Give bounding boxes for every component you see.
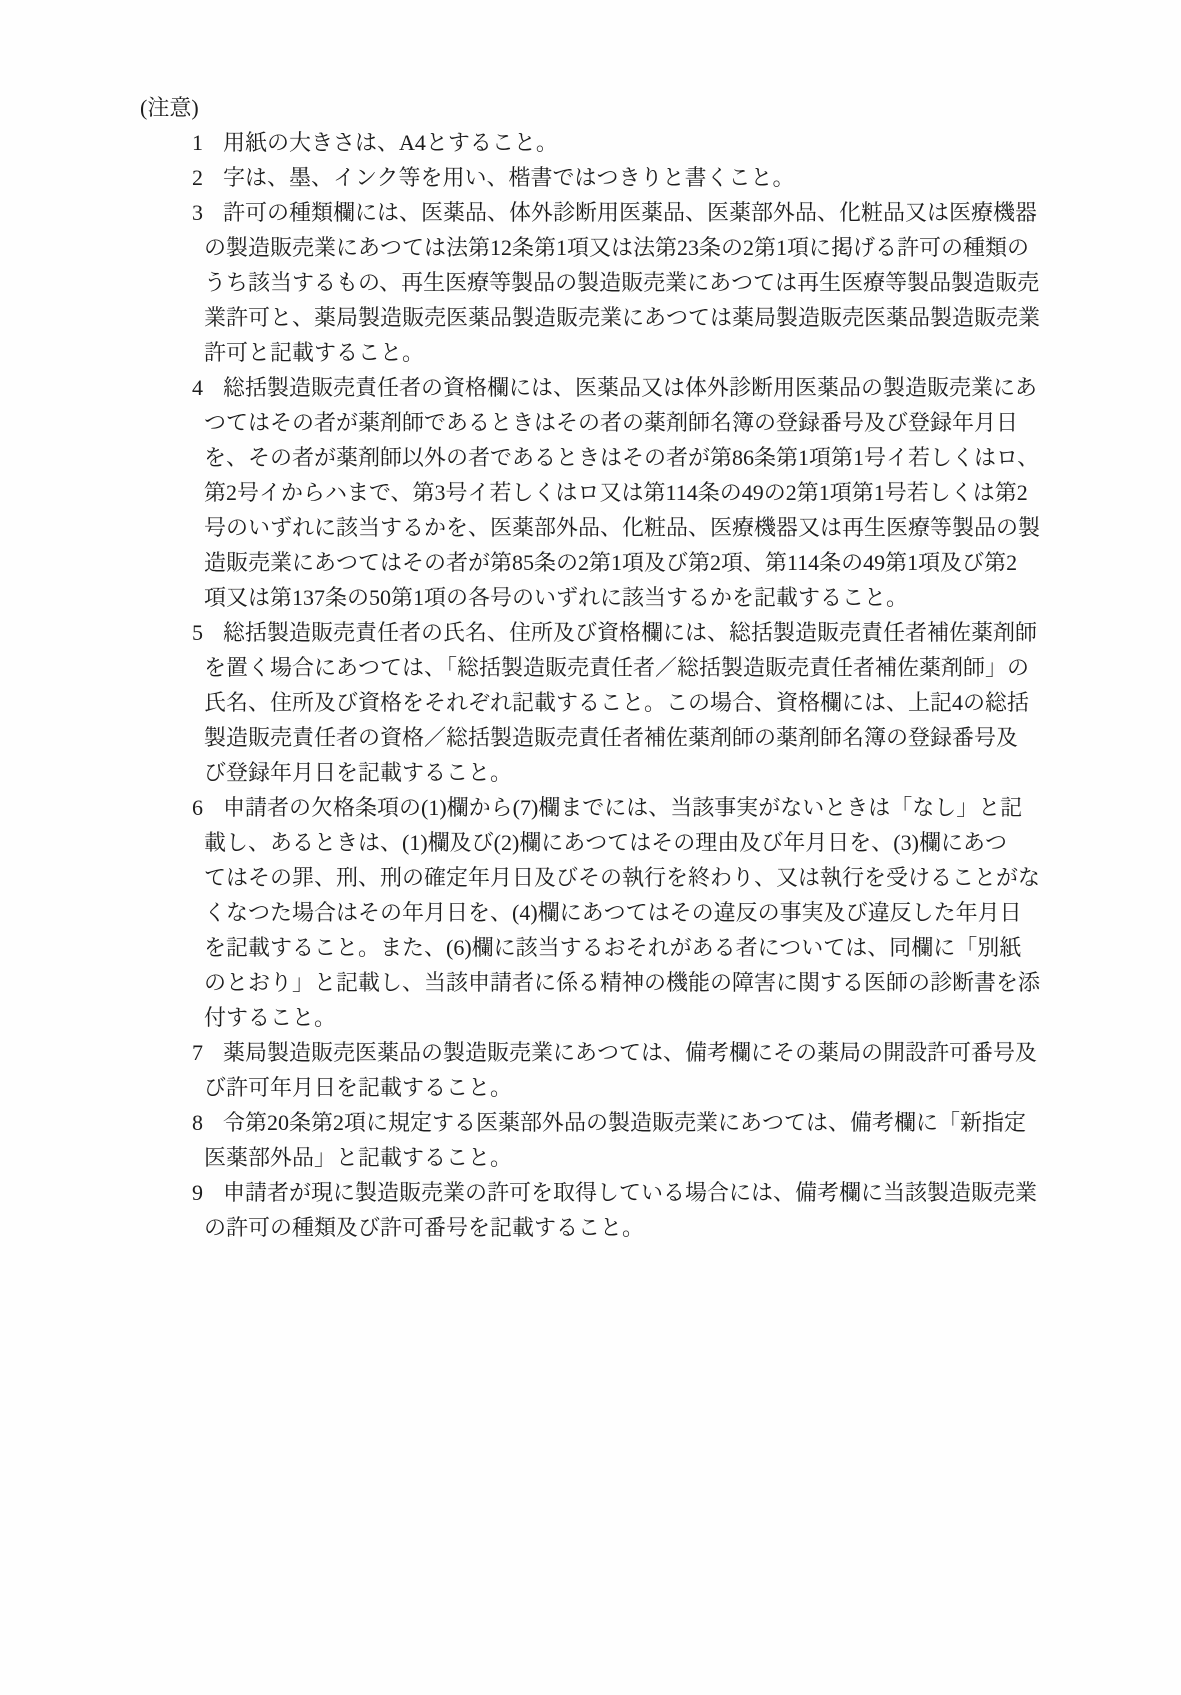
note-item-first-line: 7薬局製造販売医薬品の製造販売業にあつては、備考欄にその薬局の開設許可番号及 [0,1035,1181,1070]
note-item-continuation-line: のとおり」と記載し、当該申請者に係る精神の機能の障害に関する医師の診断書を添 [0,965,1181,1000]
note-item-continuation-line: の製造販売業にあつては法第12条第1項又は法第23条の2第1項に掲げる許可の種類… [0,230,1181,265]
note-item-number: 7 [192,1035,223,1070]
note-item-continuation-line: うち該当するもの、再生医療等製品の製造販売業にあつては再生医療等製品製造販売 [0,265,1181,300]
note-item-continuation-line: つてはその者が薬剤師であるときはその者の薬剤師名簿の登録番号及び登録年月日 [0,405,1181,440]
note-item-text: 字は、墨、インク等を用い、楷書ではつきりと書くこと。 [223,165,795,190]
note-item-continuation-line: を、その者が薬剤師以外の者であるときはその者が第86条第1項第1号イ若しくはロ、 [0,440,1181,475]
notes-heading: (注意) [0,90,1181,125]
note-item-number: 6 [192,790,223,825]
note-item-continuation-line: び登録年月日を記載すること。 [0,755,1181,790]
note-item-first-line: 6申請者の欠格条項の(1)欄から(7)欄までには、当該事実がないときは「なし」と… [0,790,1181,825]
note-item-first-line: 1用紙の大きさは、A4とすること。 [0,125,1181,160]
note-item-text: 令第20条第2項に規定する医薬部外品の製造販売業にあつては、備考欄に「新指定 [223,1110,1026,1135]
note-item-text: 申請者の欠格条項の(1)欄から(7)欄までには、当該事実がないときは「なし」と記 [223,795,1022,820]
note-item-first-line: 8令第20条第2項に規定する医薬部外品の製造販売業にあつては、備考欄に「新指定 [0,1105,1181,1140]
note-item-continuation-line: 第2号イからハまで、第3号イ若しくはロ又は第114条の49の2第1項第1号若しく… [0,475,1181,510]
note-item-number: 3 [192,195,223,230]
note-item-continuation-line: 製造販売責任者の資格／総括製造販売責任者補佐薬剤師の薬剤師名簿の登録番号及 [0,720,1181,755]
note-item-first-line: 9申請者が現に製造販売業の許可を取得している場合には、備考欄に当該製造販売業 [0,1175,1181,1210]
note-item-text: 申請者が現に製造販売業の許可を取得している場合には、備考欄に当該製造販売業 [223,1180,1037,1205]
note-item-number: 5 [192,615,223,650]
note-item-first-line: 4総括製造販売責任者の資格欄には、医薬品又は体外診断用医薬品の製造販売業にあ [0,370,1181,405]
note-item-text: 薬局製造販売医薬品の製造販売業にあつては、備考欄にその薬局の開設許可番号及 [223,1040,1037,1065]
note-item-continuation-line: 項又は第137条の50第1項の各号のいずれに該当するかを記載すること。 [0,580,1181,615]
note-item-text: 許可の種類欄には、医薬品、体外診断用医薬品、医薬部外品、化粧品又は医療機器 [223,200,1037,225]
notes-list: 1用紙の大きさは、A4とすること。2字は、墨、インク等を用い、楷書ではつきりと書… [0,125,1181,1245]
note-item-first-line: 3許可の種類欄には、医薬品、体外診断用医薬品、医薬部外品、化粧品又は医療機器 [0,195,1181,230]
note-item-first-line: 2字は、墨、インク等を用い、楷書ではつきりと書くこと。 [0,160,1181,195]
note-item-continuation-line: を記載すること。また、(6)欄に該当するおそれがある者については、同欄に「別紙 [0,930,1181,965]
note-item-number: 2 [192,160,223,195]
note-item-text: 総括製造販売責任者の氏名、住所及び資格欄には、総括製造販売責任者補佐薬剤師 [223,620,1037,645]
note-item-text: 総括製造販売責任者の資格欄には、医薬品又は体外診断用医薬品の製造販売業にあ [223,375,1037,400]
note-item-continuation-line: 業許可と、薬局製造販売医薬品製造販売業にあつては薬局製造販売医薬品製造販売業 [0,300,1181,335]
note-item-number: 1 [192,125,223,160]
note-item-continuation-line: 付すること。 [0,1000,1181,1035]
note-item-number: 9 [192,1175,223,1210]
notes-section: (注意) 1用紙の大きさは、A4とすること。2字は、墨、インク等を用い、楷書では… [0,90,1181,1245]
note-item-continuation-line: 許可と記載すること。 [0,335,1181,370]
document-page: (注意) 1用紙の大きさは、A4とすること。2字は、墨、インク等を用い、楷書では… [0,0,1181,1695]
note-item-continuation-line: てはその罪、刑、刑の確定年月日及びその執行を終わり、又は執行を受けることがな [0,860,1181,895]
note-item-continuation-line: 造販売業にあつてはその者が第85条の2第1項及び第2項、第114条の49第1項及… [0,545,1181,580]
note-item-continuation-line: 氏名、住所及び資格をそれぞれ記載すること。この場合、資格欄には、上記4の総括 [0,685,1181,720]
note-item-continuation-line: 号のいずれに該当するかを、医薬部外品、化粧品、医療機器又は再生医療等製品の製 [0,510,1181,545]
note-item-continuation-line: の許可の種類及び許可番号を記載すること。 [0,1210,1181,1245]
note-item-continuation-line: び許可年月日を記載すること。 [0,1070,1181,1105]
note-item-continuation-line: くなつた場合はその年月日を、(4)欄にあつてはその違反の事実及び違反した年月日 [0,895,1181,930]
note-item-number: 8 [192,1105,223,1140]
note-item-continuation-line: を置く場合にあつては、「総括製造販売責任者／総括製造販売責任者補佐薬剤師」の [0,650,1181,685]
note-item-first-line: 5総括製造販売責任者の氏名、住所及び資格欄には、総括製造販売責任者補佐薬剤師 [0,615,1181,650]
note-item-text: 用紙の大きさは、A4とすること。 [223,130,558,155]
note-item-number: 4 [192,370,223,405]
note-item-continuation-line: 医薬部外品」と記載すること。 [0,1140,1181,1175]
note-item-continuation-line: 載し、あるときは、(1)欄及び(2)欄にあつてはその理由及び年月日を、(3)欄に… [0,825,1181,860]
